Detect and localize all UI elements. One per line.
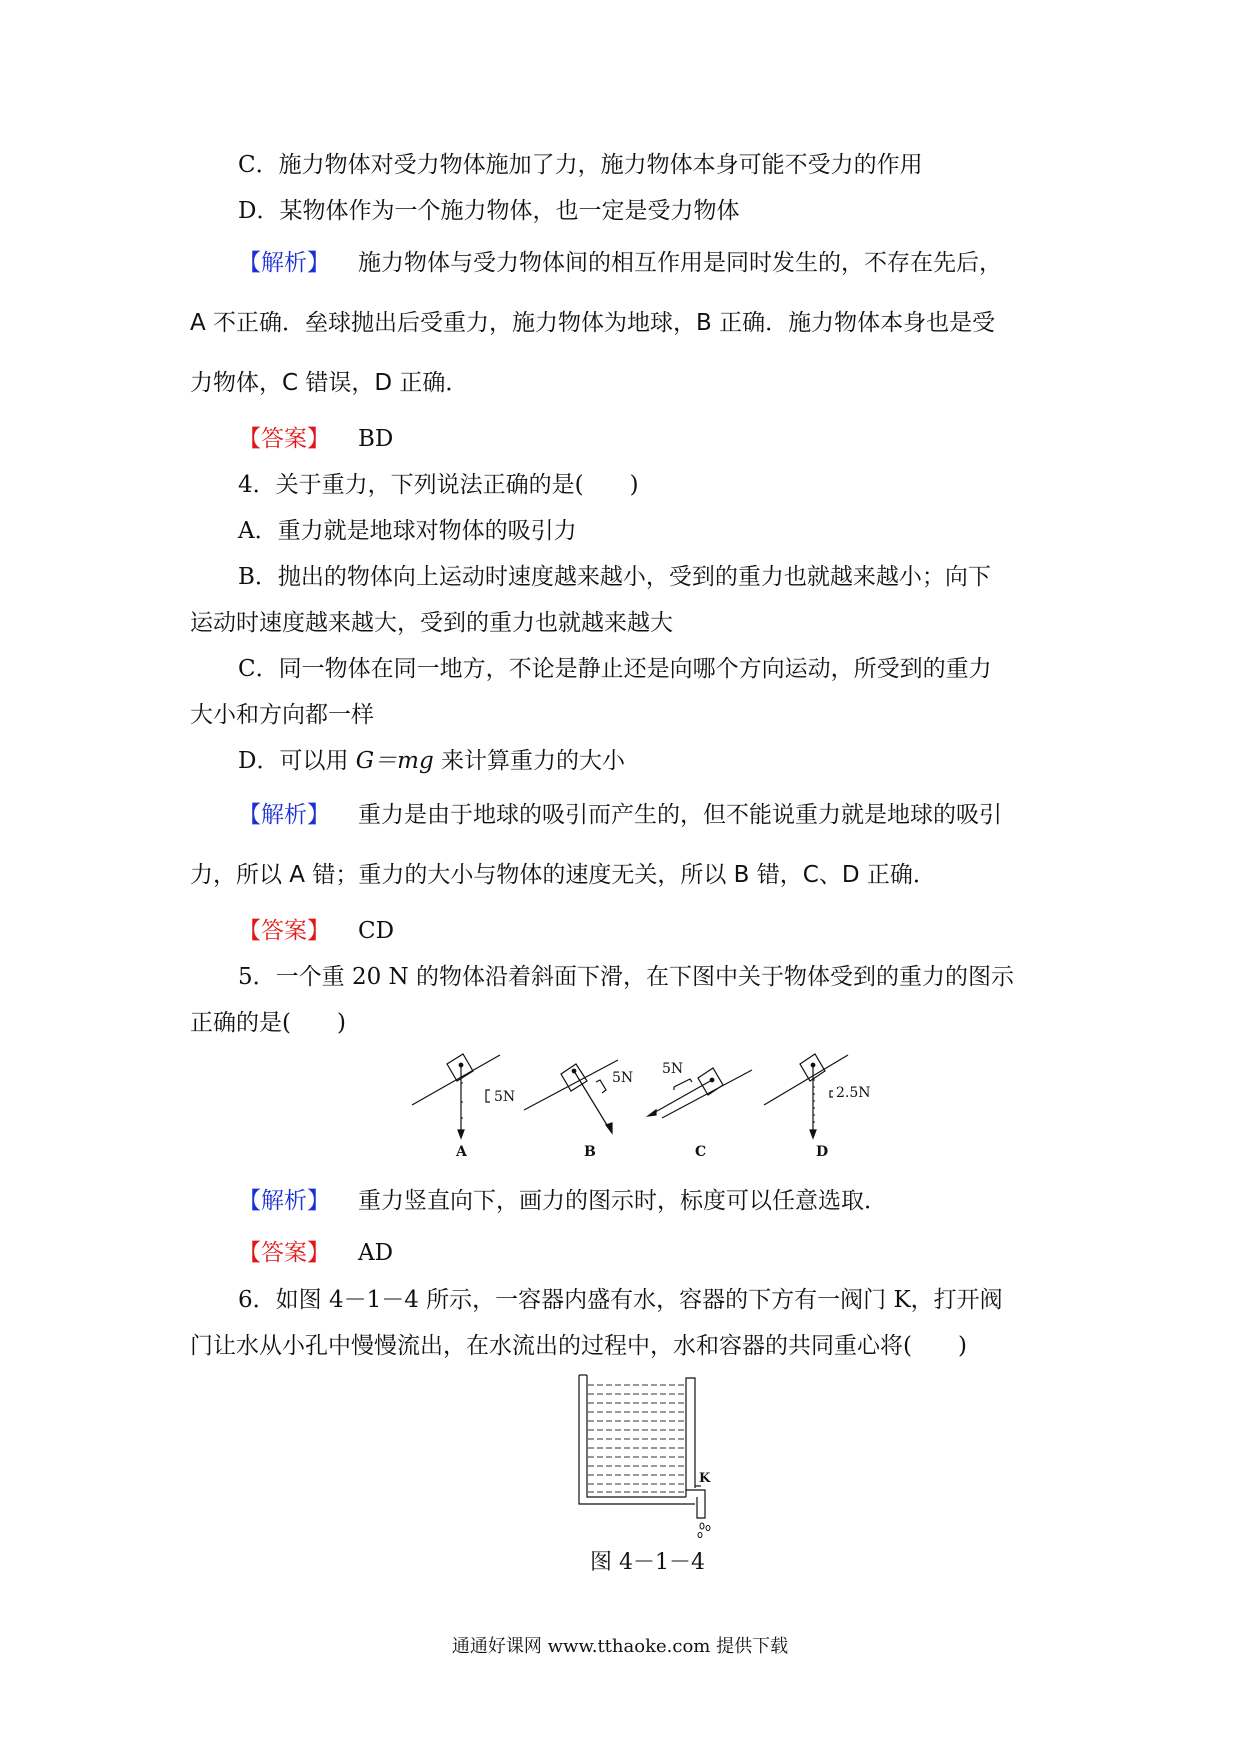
q5-stem-2: 正确的是( ) [190, 1008, 346, 1038]
q6-stem-1: 6．如图 4－1－4 所示，一容器内盛有水，容器的下方有一阀门 K，打开阀 [238, 1285, 1003, 1315]
q4-option-b-2: 运动时速度越来越大，受到的重力也就越来越大 [190, 608, 673, 638]
svg-text:5N: 5N [494, 1089, 515, 1105]
q4-answer: 【答案】CD [238, 916, 394, 946]
analysis-tag: 【解析】 [238, 802, 330, 828]
answer-tag: 【答案】 [238, 426, 330, 452]
q3-answer: 【答案】BD [238, 424, 393, 454]
svg-text:A: A [455, 1144, 468, 1160]
q3-analysis-line-2: A 不正确．垒球抛出后受重力，施力物体为地球，B 正确．施力物体本身也是受 [190, 308, 995, 338]
formula: G＝mg [356, 748, 434, 774]
q3-analysis-line-1: 【解析】施力物体与受力物体间的相互作用是同时发生的，不存在先后， [238, 248, 1002, 278]
svg-text:B: B [584, 1144, 596, 1160]
q6-stem-2: 门让水从小孔中慢慢流出，在水流出的过程中，水和容器的共同重心将( ) [190, 1331, 967, 1361]
figure-caption: 图 4－1－4 [590, 1548, 705, 1578]
q3-analysis-line-3: 力物体，C 错误，D 正确． [190, 368, 468, 398]
footer-source: 通通好课网 www.tthaoke.com 提供下载 [0, 1632, 1240, 1658]
svg-text:5N: 5N [662, 1061, 683, 1077]
q4-option-c-2: 大小和方向都一样 [190, 700, 374, 730]
svg-text:2.5N: 2.5N [836, 1085, 871, 1101]
q3-option-d: D．某物体作为一个施力物体，也一定是受力物体 [238, 196, 739, 226]
q4-option-d: D．可以用 G＝mg 来计算重力的大小 [238, 746, 625, 776]
q4-stem: 4．关于重力，下列说法正确的是( ) [238, 470, 639, 500]
svg-text:D: D [816, 1144, 828, 1160]
analysis-tag: 【解析】 [238, 1188, 330, 1214]
answer-tag: 【答案】 [238, 918, 330, 944]
q5-analysis: 【解析】重力竖直向下，画力的图示时，标度可以任意选取． [238, 1186, 887, 1216]
analysis-tag: 【解析】 [238, 250, 330, 276]
svg-text:5N: 5N [612, 1070, 633, 1086]
answer-tag: 【答案】 [238, 1240, 330, 1266]
q4-option-b-1: B．抛出的物体向上运动时速度越来越小，受到的重力也就越来越小；向下 [238, 562, 991, 592]
q4-analysis-line-1: 【解析】重力是由于地球的吸引而产生的，但不能说重力就是地球的吸引 [238, 800, 1002, 830]
q4-option-c-1: C．同一物体在同一地方，不论是静止还是向哪个方向运动，所受到的重力 [238, 654, 992, 684]
svg-text:C: C [695, 1144, 706, 1160]
q4-option-a: A．重力就是地球对物体的吸引力 [238, 516, 577, 546]
q3-option-c: C．施力物体对受力物体施加了力，施力物体本身可能不受力的作用 [238, 150, 923, 180]
q4-analysis-line-2: 力，所以 A 错；重力的大小与物体的速度无关，所以 B 错，C、D 正确． [190, 860, 936, 890]
q5-stem-1: 5．一个重 20 N 的物体沿着斜面下滑，在下图中关于物体受到的重力的图示 [238, 962, 1014, 992]
container-with-valve-diagram: K [575, 1370, 725, 1540]
svg-text:K: K [699, 1471, 711, 1486]
q5-answer: 【答案】AD [238, 1238, 393, 1268]
q5-force-diagram: 5N 5N 5N 2.5N A B C D [400, 1040, 880, 1170]
